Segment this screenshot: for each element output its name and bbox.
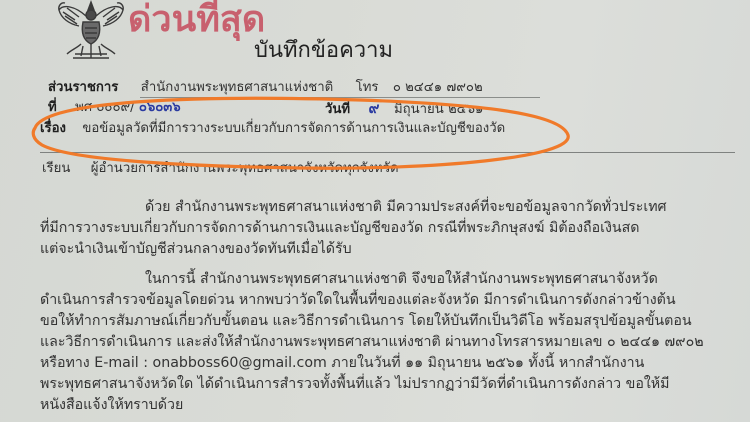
- agency-value: สำนักงานพระพุทธศาสนาแห่งชาติ: [141, 80, 333, 95]
- agency-label: ส่วนราชการ: [48, 80, 118, 95]
- subject-value: ขอข้อมูลวัดที่มีการวางระบบเกี่ยวกับการจั…: [82, 121, 505, 136]
- ref-label: ที่: [48, 100, 57, 115]
- date-label: วันที่: [325, 102, 350, 117]
- ref-prefix: พศ ๐๐๐๙/: [75, 100, 135, 115]
- phone-value: ๐ ๒๔๔๑ ๗๙๐๒: [393, 80, 483, 95]
- agency-line: ส่วนราชการ สำนักงานพระพุทธศาสนาแห่งชาติ …: [48, 81, 483, 94]
- memo-document: ด่วนที่สุด บันทึกข้อความ ส่วนราชการ สำนั…: [0, 0, 750, 422]
- subject-label: เรื่อง: [40, 121, 66, 136]
- body-p1-line3: แต่จะนำเงินเข้าบัญชีส่วนกลางของวัดทันทีเ…: [40, 242, 352, 256]
- reference-line: ที่ พศ ๐๐๐๙/ ๐๖๐๓๖: [48, 101, 181, 114]
- date-rest: มิถุนายน ๒๕๖๑: [394, 102, 483, 117]
- date-day-handwritten: ๙: [369, 99, 380, 117]
- body-p2-line5: หรือทาง E-mail : onabboss60@gmail.com ภา…: [40, 356, 644, 370]
- recipient-label: เรียน: [42, 161, 70, 176]
- body-p2-line3: ขอให้ทำการสัมภาษณ์เกี่ยวกับขั้นตอน และวิ…: [40, 314, 692, 328]
- recipient-value: ผู้อำนวยการสำนักงานพระพุทธศาสนาจังหวัดทุ…: [91, 161, 399, 176]
- subject-divider: [40, 152, 735, 153]
- body-p2-line2: ดำเนินการสำรวจข้อมูลโดยด่วน หากพบว่าวัดใ…: [40, 293, 676, 307]
- garuda-emblem-icon: [55, 0, 127, 62]
- body-p2-line4: และวิธีการดำเนินการ และส่งให้สำนักงานพระ…: [40, 335, 704, 349]
- recipient-line: เรียน ผู้อำนวยการสำนักงานพระพุทธศาสนาจัง…: [42, 162, 399, 175]
- body-p1-line2: ที่มีการวางระบบเกี่ยวกับการจัดการด้านการ…: [40, 221, 639, 235]
- memo-title: บันทึกข้อความ: [254, 40, 393, 62]
- ref-number-handwritten: ๐๖๐๓๖: [139, 100, 181, 115]
- body-p2-line1: ในการนี้ สำนักงานพระพุทธศาสนาแห่งชาติ จึ…: [145, 272, 658, 286]
- body-p2-line7: หนังสือแจ้งให้ทราบด้วย: [40, 398, 183, 412]
- agency-underline: [140, 97, 540, 98]
- subject-line: เรื่อง ขอข้อมูลวัดที่มีการวางระบบเกี่ยวก…: [40, 122, 505, 135]
- phone-label: โทร: [356, 80, 379, 95]
- body-p2-line6: พระพุทธศาสนาจังหวัดใด ได้ดำเนินการสำรวจท…: [40, 377, 670, 391]
- body-p1-line1: ด้วย สำนักงานพระพุทธศาสนาแห่งชาติ มีความ…: [145, 200, 667, 214]
- urgency-stamp: ด่วนที่สุด: [128, 2, 265, 38]
- date-line: วันที่ ๙ มิถุนายน ๒๕๖๑: [325, 101, 483, 116]
